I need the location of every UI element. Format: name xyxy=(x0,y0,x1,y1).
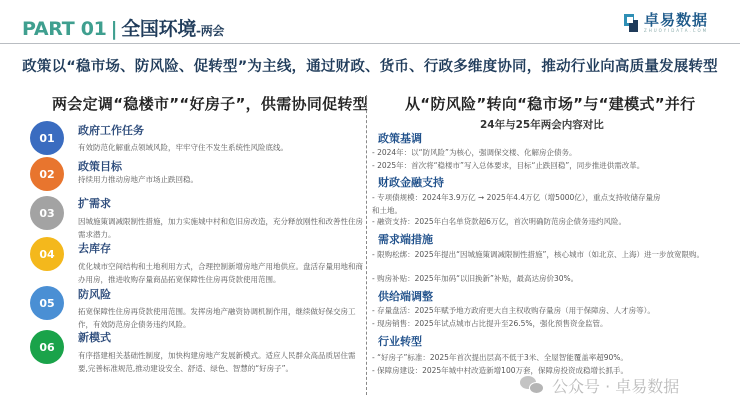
brand-logo: 卓易数据 ZHUOYIDATA.COM xyxy=(624,8,708,36)
item-description: 因城施策调减限制性措施，加力实施城中村和危旧房改造，充分释放刚性和改善性住房需求… xyxy=(78,216,363,241)
item-description: 持续用力推动房地产市场止跌回稳。 xyxy=(78,174,363,187)
number-badge: 02 xyxy=(30,157,64,191)
watermark-text: 公众号 · 卓易数据 xyxy=(552,374,679,397)
section-line: - 2024年：以“防风险”为核心，强调保交楼、化解房企债务。 xyxy=(372,147,732,160)
section-title: 全国环境 xyxy=(121,18,196,40)
section-subtitle: -两会 xyxy=(196,24,224,38)
section-line: - 购房补贴：2025年加码“以旧换新”补贴，最高达房价30%。 xyxy=(372,273,732,286)
item-title: 政府工作任务 xyxy=(78,122,144,138)
comparison-subtitle: 24年与25年两会内容对比 xyxy=(480,117,604,132)
number-badge: 03 xyxy=(30,196,64,230)
left-panel-title: 两会定调“稳楼市”“好房子”，供需协同促转型 xyxy=(52,93,368,114)
section-title-industry-transformation: 行业转型 xyxy=(378,333,422,349)
section-line: - 专项债规模：2024年3.9万亿 ➞ 2025年4.4万亿（增5000亿），… xyxy=(372,192,662,217)
item-title: 扩需求 xyxy=(78,195,111,211)
page-header: PART 01|全国环境-两会 卓易数据 ZHUOYIDATA.COM xyxy=(0,0,740,44)
item-title: 新模式 xyxy=(78,329,111,345)
number-badge: 05 xyxy=(30,286,64,320)
section-title-demand-measures: 需求端措施 xyxy=(378,231,433,247)
item-title: 政策目标 xyxy=(78,158,122,174)
watermark: 公众号 · 卓易数据 xyxy=(520,374,679,397)
zhuoyi-logo-icon xyxy=(624,12,640,32)
page-title: PART 01|全国环境-两会 xyxy=(22,14,224,41)
header-divider xyxy=(0,43,740,44)
number-badge: 01 xyxy=(30,121,64,155)
wechat-icon xyxy=(520,376,546,396)
section-title-supply-adjustment: 供给端调整 xyxy=(378,288,433,304)
logo-url: ZHUOYIDATA.COM xyxy=(644,28,708,33)
title-separator: | xyxy=(111,18,118,40)
item-description: 优化城市空间结构和土地利用方式，合理控制新增房地产用地供应。盘活存量用地和商办用… xyxy=(78,261,363,286)
item-description: 有序搭建相关基础性制度，加快构建房地产发展新模式。适应人民群众高品质居住需要,完… xyxy=(78,350,363,375)
logo-text: 卓易数据 xyxy=(644,12,708,28)
page-subtitle: 政策以“稳市场、防风险、促转型”为主线，通过财政、货币、行政多维度协同，推动行业… xyxy=(0,55,740,76)
item-description: 有效防范化解重点领域风险，牢牢守住不发生系统性风险底线。 xyxy=(78,142,363,155)
item-description: 拓宽保障性住房再贷款使用范围。发挥房地产融资协调机制作用，继续做好保交房工作，有… xyxy=(78,306,363,331)
section-line: - 限购松绑：2025年提出“因城施策调减限制性措施”，核心城市（如北京、上海）… xyxy=(372,249,727,262)
section-title-policy-tone: 政策基调 xyxy=(378,130,422,146)
number-badge: 04 xyxy=(30,237,64,271)
column-divider xyxy=(366,95,367,395)
section-line: - “好房子”标准：2025年首次提出层高不低于3米、全屋智能覆盖率超90%。 xyxy=(372,352,732,365)
number-badge: 06 xyxy=(30,330,64,364)
right-panel-title: 从“防风险”转向“稳市场”与“建模式”并行 xyxy=(405,93,695,114)
part-label: PART 01 xyxy=(22,18,107,40)
section-line: - 2025年：首次将“稳楼市”写入总体要求，目标“止跌回稳”，同步推进供需改革… xyxy=(372,160,732,173)
section-title-fiscal-support: 财政金融支持 xyxy=(378,174,444,190)
section-line: - 融资支持：2025年白名单贷款超6万亿，首次明确防范房企债务违约风险。 xyxy=(372,216,732,229)
section-line: - 现房销售：2025年试点城市占比提升至26.5%，强化预售资金监管。 xyxy=(372,318,732,331)
item-title: 去库存 xyxy=(78,240,111,256)
item-title: 防风险 xyxy=(78,286,111,302)
section-line: - 存量盘活：2025年赋予地方政府更大自主权收购存量房（用于保障房、人才房等）… xyxy=(372,305,732,318)
